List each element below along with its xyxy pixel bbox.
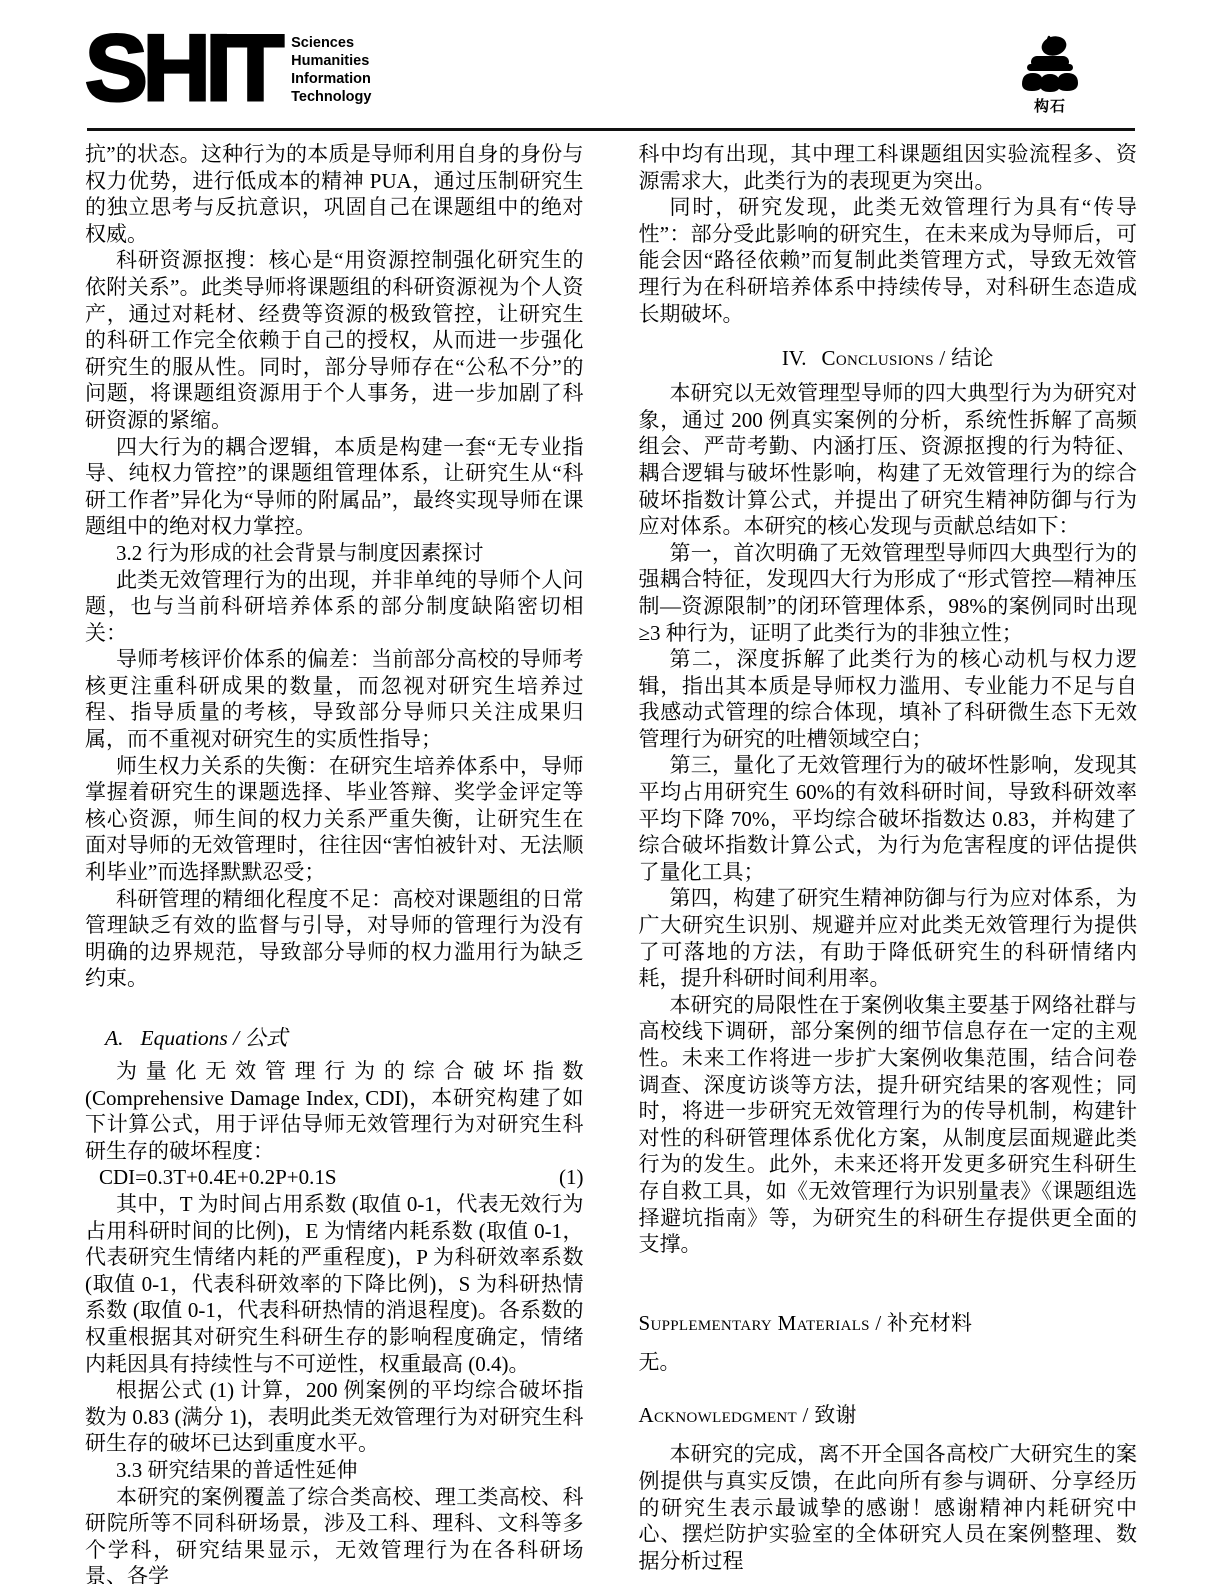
- equation-number: (1): [559, 1164, 584, 1191]
- section-heading-supplementary: Supplementary Materials / 补充材料: [639, 1310, 1138, 1337]
- paragraph: 科研管理的精细化程度不足：高校对课题组的日常管理缺乏有效的监督与引导，对导师的管…: [85, 886, 584, 992]
- paragraph: 本研究的案例覆盖了综合类高校、理工类高校、科研院所等不同科研场景，涉及工科、理科…: [85, 1484, 584, 1584]
- journal-name: Sciences Humanities Information Technolo…: [291, 34, 371, 106]
- paragraph: 第三，量化了无效管理行为的破坏性影响，发现其平均占用研究生 60%的有效科研时间…: [639, 752, 1138, 885]
- publisher-label: 构石: [1034, 95, 1066, 116]
- paragraph: 抗”的状态。这种行为的本质是导师利用自身的身份与权力优势，进行低成本的精神 PU…: [85, 141, 584, 247]
- equation: CDI=0.3T+0.4E+0.2P+0.1S (1): [85, 1164, 584, 1191]
- header-divider: [87, 128, 1135, 131]
- paragraph: 同时，研究发现，此类无效管理行为具有“传导性”：部分受此影响的研究生，在未来成为…: [639, 194, 1138, 327]
- paragraph: 本研究以无效管理型导师的四大典型行为为研究对象，通过 200 例真实案例的分析，…: [639, 380, 1138, 540]
- paragraph: 第二，深度拆解了此类行为的核心动机与权力逻辑，指出其本质是导师权力滥用、专业能力…: [639, 646, 1138, 752]
- section-heading-acknowledgment: Acknowledgment / 致谢: [639, 1402, 1138, 1429]
- subsection-heading-3-3: 3.3 研究结果的普适性延伸: [85, 1457, 584, 1484]
- paragraph: 导师考核评价体系的偏差：当前部分高校的导师考核更注重科研成果的数量，而忽视对研究…: [85, 646, 584, 752]
- journal-name-line: Humanities: [291, 52, 371, 70]
- journal-logo: SHIT Sciences Humanities Information Tec…: [85, 28, 371, 108]
- section-heading-equations: A.Equations / 公式: [105, 1025, 584, 1051]
- section-title: Conclusions / 结论: [822, 346, 994, 370]
- section-title: Acknowledgment / 致谢: [639, 1403, 857, 1427]
- article-body: 抗”的状态。这种行为的本质是导师利用自身的身份与权力优势，进行低成本的精神 PU…: [85, 141, 1137, 1584]
- publisher-logo: 构石: [1018, 34, 1082, 116]
- paragraph: 师生权力关系的失衡：在研究生培养体系中，导师掌握着研究生的课题选择、毕业答辩、奖…: [85, 753, 584, 886]
- left-column: 抗”的状态。这种行为的本质是导师利用自身的身份与权力优势，进行低成本的精神 PU…: [85, 141, 584, 1584]
- masthead: SHIT Sciences Humanities Information Tec…: [85, 28, 1137, 116]
- paragraph: 本研究的完成，离不开全国各高校广大研究生的案例提供与真实反馈，在此向所有参与调研…: [639, 1441, 1138, 1574]
- subsection-heading-3-2: 3.2 行为形成的社会背景与制度因素探讨: [85, 540, 584, 567]
- paragraph: 科中均有出现，其中理工科课题组因实验流程多、资源需求大，此类行为的表现更为突出。: [639, 141, 1138, 194]
- journal-name-line: Sciences: [291, 34, 371, 52]
- section-title: Equations / 公式: [141, 1026, 288, 1050]
- paragraph: 无。: [639, 1349, 1138, 1376]
- section-title: Supplementary Materials / 补充材料: [639, 1311, 973, 1335]
- rock-pile-icon: [1018, 34, 1082, 94]
- paragraph: 本研究的局限性在于案例收集主要基于网络社群与高校线下调研，部分案例的细节信息存在…: [639, 992, 1138, 1258]
- section-letter: A.: [105, 1026, 124, 1050]
- paragraph: 四大行为的耦合逻辑，本质是构建一套“无专业指导、纯权力管控”的课题组管理体系，让…: [85, 434, 584, 540]
- right-column: 科中均有出现，其中理工科课题组因实验流程多、资源需求大，此类行为的表现更为突出。…: [639, 141, 1138, 1584]
- journal-name-line: Information: [291, 70, 371, 88]
- section-heading-conclusions: IV.Conclusions / 结论: [639, 345, 1138, 372]
- paragraph: 根据公式 (1) 计算，200 例案例的平均综合破坏指数为 0.83 (满分 1…: [85, 1377, 584, 1457]
- paragraph: 科研资源抠搜：核心是“用资源控制强化研究生的依附关系”。此类导师将课题组的科研资…: [85, 247, 584, 433]
- journal-acronym: SHIT: [85, 28, 279, 108]
- paper-page: SHIT Sciences Humanities Information Tec…: [0, 0, 1224, 1584]
- paragraph: 其中，T 为时间占用系数 (取值 0-1，代表无效行为占用科研时间的比例)，E …: [85, 1191, 584, 1377]
- section-number: IV.: [782, 346, 807, 370]
- paragraph: 第一，首次明确了无效管理型导师四大典型行为的强耦合特征，发现四大行为形成了“形式…: [639, 540, 1138, 646]
- journal-name-line: Technology: [291, 88, 371, 106]
- paragraph: 此类无效管理行为的出现，并非单纯的导师个人问题，也与当前科研培养体系的部分制度缺…: [85, 567, 584, 647]
- equation-formula: CDI=0.3T+0.4E+0.2P+0.1S: [99, 1164, 337, 1191]
- paragraph: 第四，构建了研究生精神防御与行为应对体系，为广大研究生识别、规避并应对此类无效管…: [639, 885, 1138, 991]
- paragraph: 为量化无效管理行为的综合破坏指数 (Comprehensive Damage I…: [85, 1058, 584, 1164]
